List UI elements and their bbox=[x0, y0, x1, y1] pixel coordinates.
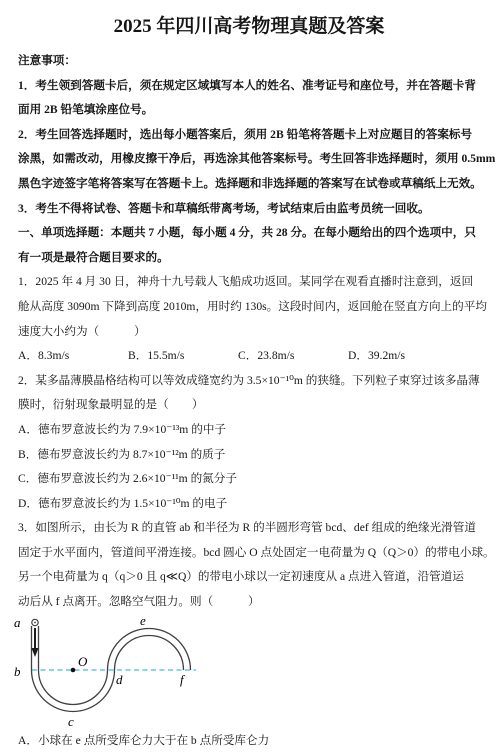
document-title: 2025 年四川高考物理真题及答案 bbox=[18, 14, 480, 40]
figure-label-e: e bbox=[140, 615, 146, 628]
figure-label-O: O bbox=[78, 654, 88, 669]
question-1-option-c: C．23.8m/s bbox=[238, 344, 348, 369]
question-1-options-row: A．8.3m/s B．15.5m/s C．23.8m/s D．39.2m/s bbox=[18, 344, 480, 369]
question-2-stem-line-2: 膜时，衍射现象最明显的是（ ） bbox=[18, 393, 480, 418]
question-2-option-c: C．德布罗意波长约为 2.6×10⁻¹¹m 的氮分子 bbox=[18, 467, 480, 492]
notices-header: 注意事项： bbox=[18, 49, 480, 74]
notice-line-5: 黑色字迹签字笔将答案写在答题卡上。选择题和非选择题的答案写在试卷或草稿纸上无效。 bbox=[18, 172, 480, 197]
notice-line-6: 3．考生不得将试卷、答题卡和草稿纸带离考场，考试结束后由监考员统一回收。 bbox=[18, 197, 480, 222]
question-1-stem-line-1: 1．2025 年 4 月 30 日，神舟十九号载人飞船成功返回。某同学在观看直播… bbox=[18, 270, 480, 295]
s-tube-diagram: a b c O d e f bbox=[12, 615, 242, 729]
velocity-arrow-head bbox=[32, 648, 39, 657]
section-header-line-1: 一、单项选择题：本题共 7 小题，每小题 4 分，共 28 分。在每小题给出的四… bbox=[18, 221, 480, 246]
question-1-stem-line-3: 速度大小约为（ ） bbox=[18, 320, 480, 345]
question-1-option-a: A．8.3m/s bbox=[18, 344, 128, 369]
question-3-stem-line-2: 固定于水平面内，管道间平滑连接。bcd 圆心 O 点处固定一电荷量为 Q（Q＞0… bbox=[18, 541, 480, 566]
charged-ball-center-dot bbox=[34, 621, 36, 623]
question-2-option-a: A．德布罗意波长约为 7.9×10⁻¹³m 的中子 bbox=[18, 418, 480, 443]
question-3-stem-line-1: 3．如图所示，由长为 R 的直管 ab 和半径为 R 的半圆形弯管 bcd、de… bbox=[18, 516, 480, 541]
question-2-option-b: B．德布罗意波长约为 8.7×10⁻¹²m 的质子 bbox=[18, 443, 480, 468]
notice-line-3: 2．考生回答选择题时，选出每小题答案后，须用 2B 铅笔将答题卡上对应题目的答案… bbox=[18, 123, 480, 148]
question-3-stem-line-3: 另一个电荷量为 q（q＞0 且 q≪Q）的带电小球以一定初速度从 a 点进入管道… bbox=[18, 565, 480, 590]
section-header-line-2: 有一项是最符合题目要求的。 bbox=[18, 246, 480, 271]
question-3-stem-line-4: 动后从 f 点离开。忽略空气阻力。则（ ） bbox=[18, 590, 480, 615]
notice-line-1: 1．考生领到答题卡后，须在规定区域填写本人的姓名、准考证号和座位号，并在答题卡背 bbox=[18, 74, 480, 99]
center-charge-dot bbox=[71, 667, 76, 672]
question-1-option-b: B．15.5m/s bbox=[128, 344, 238, 369]
exam-page: 2025 年四川高考物理真题及答案 注意事项： 1．考生领到答题卡后，须在规定区… bbox=[0, 0, 496, 753]
figure-label-f: f bbox=[180, 672, 186, 687]
question-1-stem-line-2: 舱从高度 3090m 下降到高度 2010m，用时约 130s。这段时间内，返回… bbox=[18, 295, 480, 320]
notice-line-2: 面用 2B 铅笔填涂座位号。 bbox=[18, 98, 480, 123]
question-3-option-a: A．小球在 e 点所受库仑力大于在 b 点所受库仑力 bbox=[18, 729, 480, 753]
question-2-stem-line-1: 2．某多晶薄膜晶格结构可以等效成缝宽约为 3.5×10⁻¹⁰m 的狭缝。下列粒子… bbox=[18, 369, 480, 394]
question-1-option-d: D．39.2m/s bbox=[348, 344, 405, 369]
notice-line-4: 涂黑，如需改动，用橡皮擦干净后，再选涂其他答案标号。考生回答非选择题时，须用 0… bbox=[18, 147, 480, 172]
figure-label-c: c bbox=[68, 714, 74, 729]
figure-label-b: b bbox=[14, 664, 21, 679]
figure-label-d: d bbox=[116, 672, 123, 687]
question-3-figure: a b c O d e f bbox=[12, 615, 480, 729]
figure-label-a: a bbox=[14, 615, 21, 630]
question-2-option-d: D．德布罗意波长约为 1.5×10⁻¹⁰m 的电子 bbox=[18, 492, 480, 517]
